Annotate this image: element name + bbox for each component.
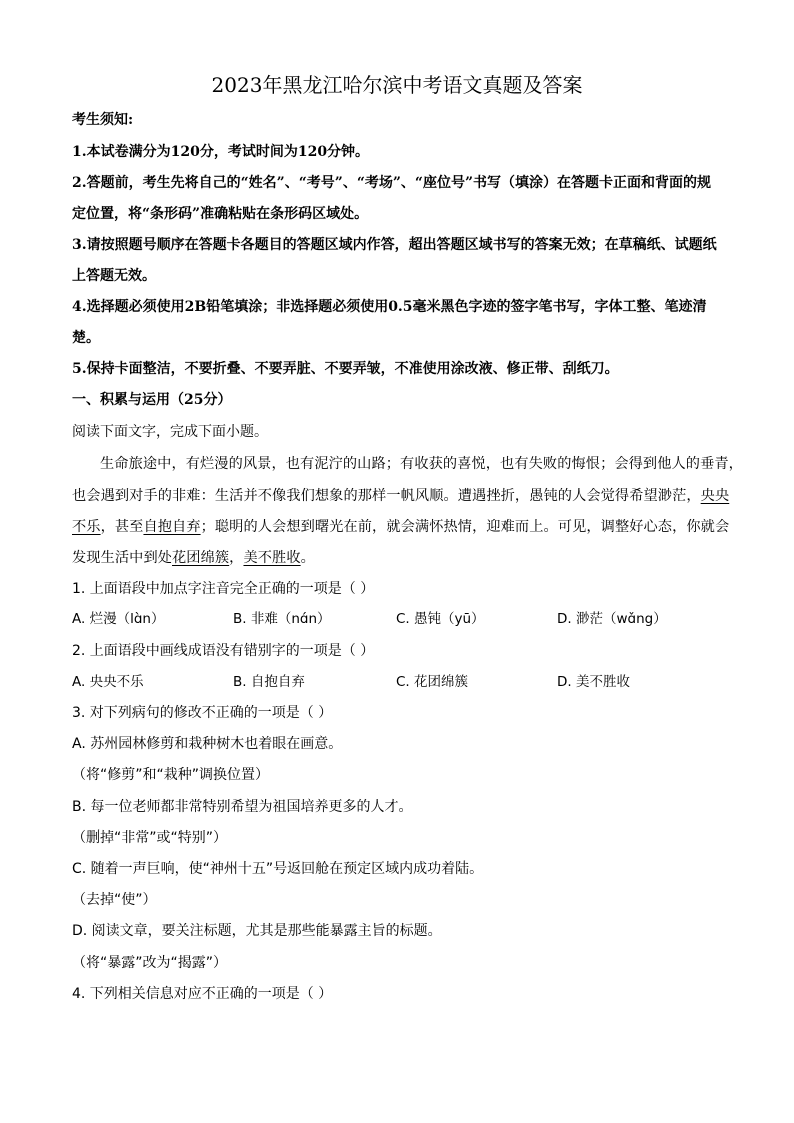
underlined-idiom-2: 自抱自弃: [143, 519, 200, 535]
passage-line-2: 也会遇到对手的非难：生活并不像我们想象的那样一帆风顺。遭遇挫折，愚钝的人会觉得希…: [72, 486, 729, 506]
passage-text: 发现生活中到处: [72, 550, 172, 566]
question-1-stem: 1. 上面语段中加点字注音完全正确的一项是（ ）: [72, 579, 374, 599]
question-3-stem: 3. 对下列病句的修改不正确的一项是（ ）: [72, 703, 332, 723]
q2-option-b: B. 自抱自弃: [233, 672, 305, 692]
underlined-idiom-4: 美不胜收: [243, 550, 300, 566]
question-2-stem: 2. 上面语段中画线成语没有错别字的一项是（ ）: [72, 641, 374, 661]
section-instruction: 阅读下面文字，完成下面小题。: [72, 422, 268, 442]
underlined-idiom-1b: 不乐: [72, 519, 101, 535]
passage-text: 。: [301, 550, 315, 566]
notice-item-1: 1.本试卷满分为120分，考试时间为120分钟。: [72, 142, 369, 162]
passage-text: ；聪明的人会想到曙光在前，就会满怀热情，迎难而上。可见，调整好心态，你就会: [201, 519, 730, 535]
q3-item-c-fix: （去掉“使”）: [72, 890, 157, 910]
notice-item-3: 3.请按照题号顺序在答题卡各题目的答题区域内作答，超出答题区域书写的答案无效；在…: [72, 235, 717, 255]
q2-option-a: A. 央央不乐: [72, 672, 144, 692]
passage-line-1: 生命旅途中，有烂漫的风景，也有泥泞的山路；有收获的喜悦，也有失败的悔恨；会得到他…: [100, 454, 743, 474]
q3-item-d-fix: （将“暴露”改为“揭露”）: [72, 953, 227, 973]
q3-item-b: B. 每一位老师都非常特别希望为祖国培养更多的人才。: [72, 797, 413, 817]
q3-item-a-fix: （将“修剪”和“栽种”调换位置）: [72, 765, 269, 785]
q3-item-a: A. 苏州园林修剪和栽种树木也着眼在画意。: [72, 734, 342, 754]
notice-item-2: 2.答题前，考生先将自己的“姓名”、“考号”、“考场”、“座位号”书写（填涂）在…: [72, 173, 711, 193]
passage-line-4: 发现生活中到处花团绵簇，美不胜收。: [72, 548, 315, 568]
notice-item-5: 5.保持卡面整洁，不要折叠、不要弄脏、不要弄皱，不准使用涂改液、修正带、刮纸刀。: [72, 359, 619, 379]
q1-option-a: A. 烂漫（lɑ̀n）: [72, 609, 164, 629]
exam-page: 2023年黑龙江哈尔滨中考语文真题及答案 考生须知: 1.本试卷满分为120分，…: [0, 0, 794, 1123]
notice-item-4: 4.选择题必须使用2B铅笔填涂；非选择题必须使用0.5毫米黑色字迹的签字笔书写，…: [72, 297, 707, 317]
q3-item-b-fix: （删掉“非常”或“特别”）: [72, 828, 227, 848]
question-4-stem: 4. 下列相关信息对应不正确的一项是（ ）: [72, 984, 332, 1004]
notice-item-3-cont: 上答题无效。: [72, 266, 156, 286]
notice-item-4-cont: 楚。: [72, 328, 100, 348]
q3-item-c: C. 随着一声巨响，使“神州十五”号返回舱在预定区域内成功着陆。: [72, 859, 483, 879]
notice-heading: 考生须知:: [72, 110, 133, 130]
q3-item-d: D. 阅读文章，要关注标题，尤其是那些能暴露主旨的标题。: [72, 921, 442, 941]
passage-text: 也会遇到对手的非难：生活并不像我们想象的那样一帆风顺。遭遇挫折，愚钝的人会觉得希…: [72, 488, 701, 504]
q2-option-c: C. 花团绵簇: [396, 672, 468, 692]
underlined-idiom-1a: 央央: [701, 488, 730, 504]
q1-option-b: B. 非难（nɑ́n）: [233, 609, 331, 629]
document-title: 2023年黑龙江哈尔滨中考语文真题及答案: [0, 72, 794, 98]
section-heading: 一、积累与运用（25分）: [72, 390, 231, 410]
notice-item-2-cont: 定位置，将“条形码”准确粘贴在条形码区域处。: [72, 204, 368, 224]
underlined-idiom-3: 花团绵簇: [172, 550, 229, 566]
q1-option-d: D. 渺茫（wɑ̌ng）: [557, 609, 667, 629]
passage-text: ，甚至: [101, 519, 144, 535]
passage-text: ，: [229, 550, 243, 566]
q1-option-c: C. 愚钝（yū）: [396, 609, 485, 629]
passage-line-3: 不乐，甚至自抱自弃；聪明的人会想到曙光在前，就会满怀热情，迎难而上。可见，调整好…: [72, 517, 729, 537]
q2-option-d: D. 美不胜收: [557, 672, 630, 692]
